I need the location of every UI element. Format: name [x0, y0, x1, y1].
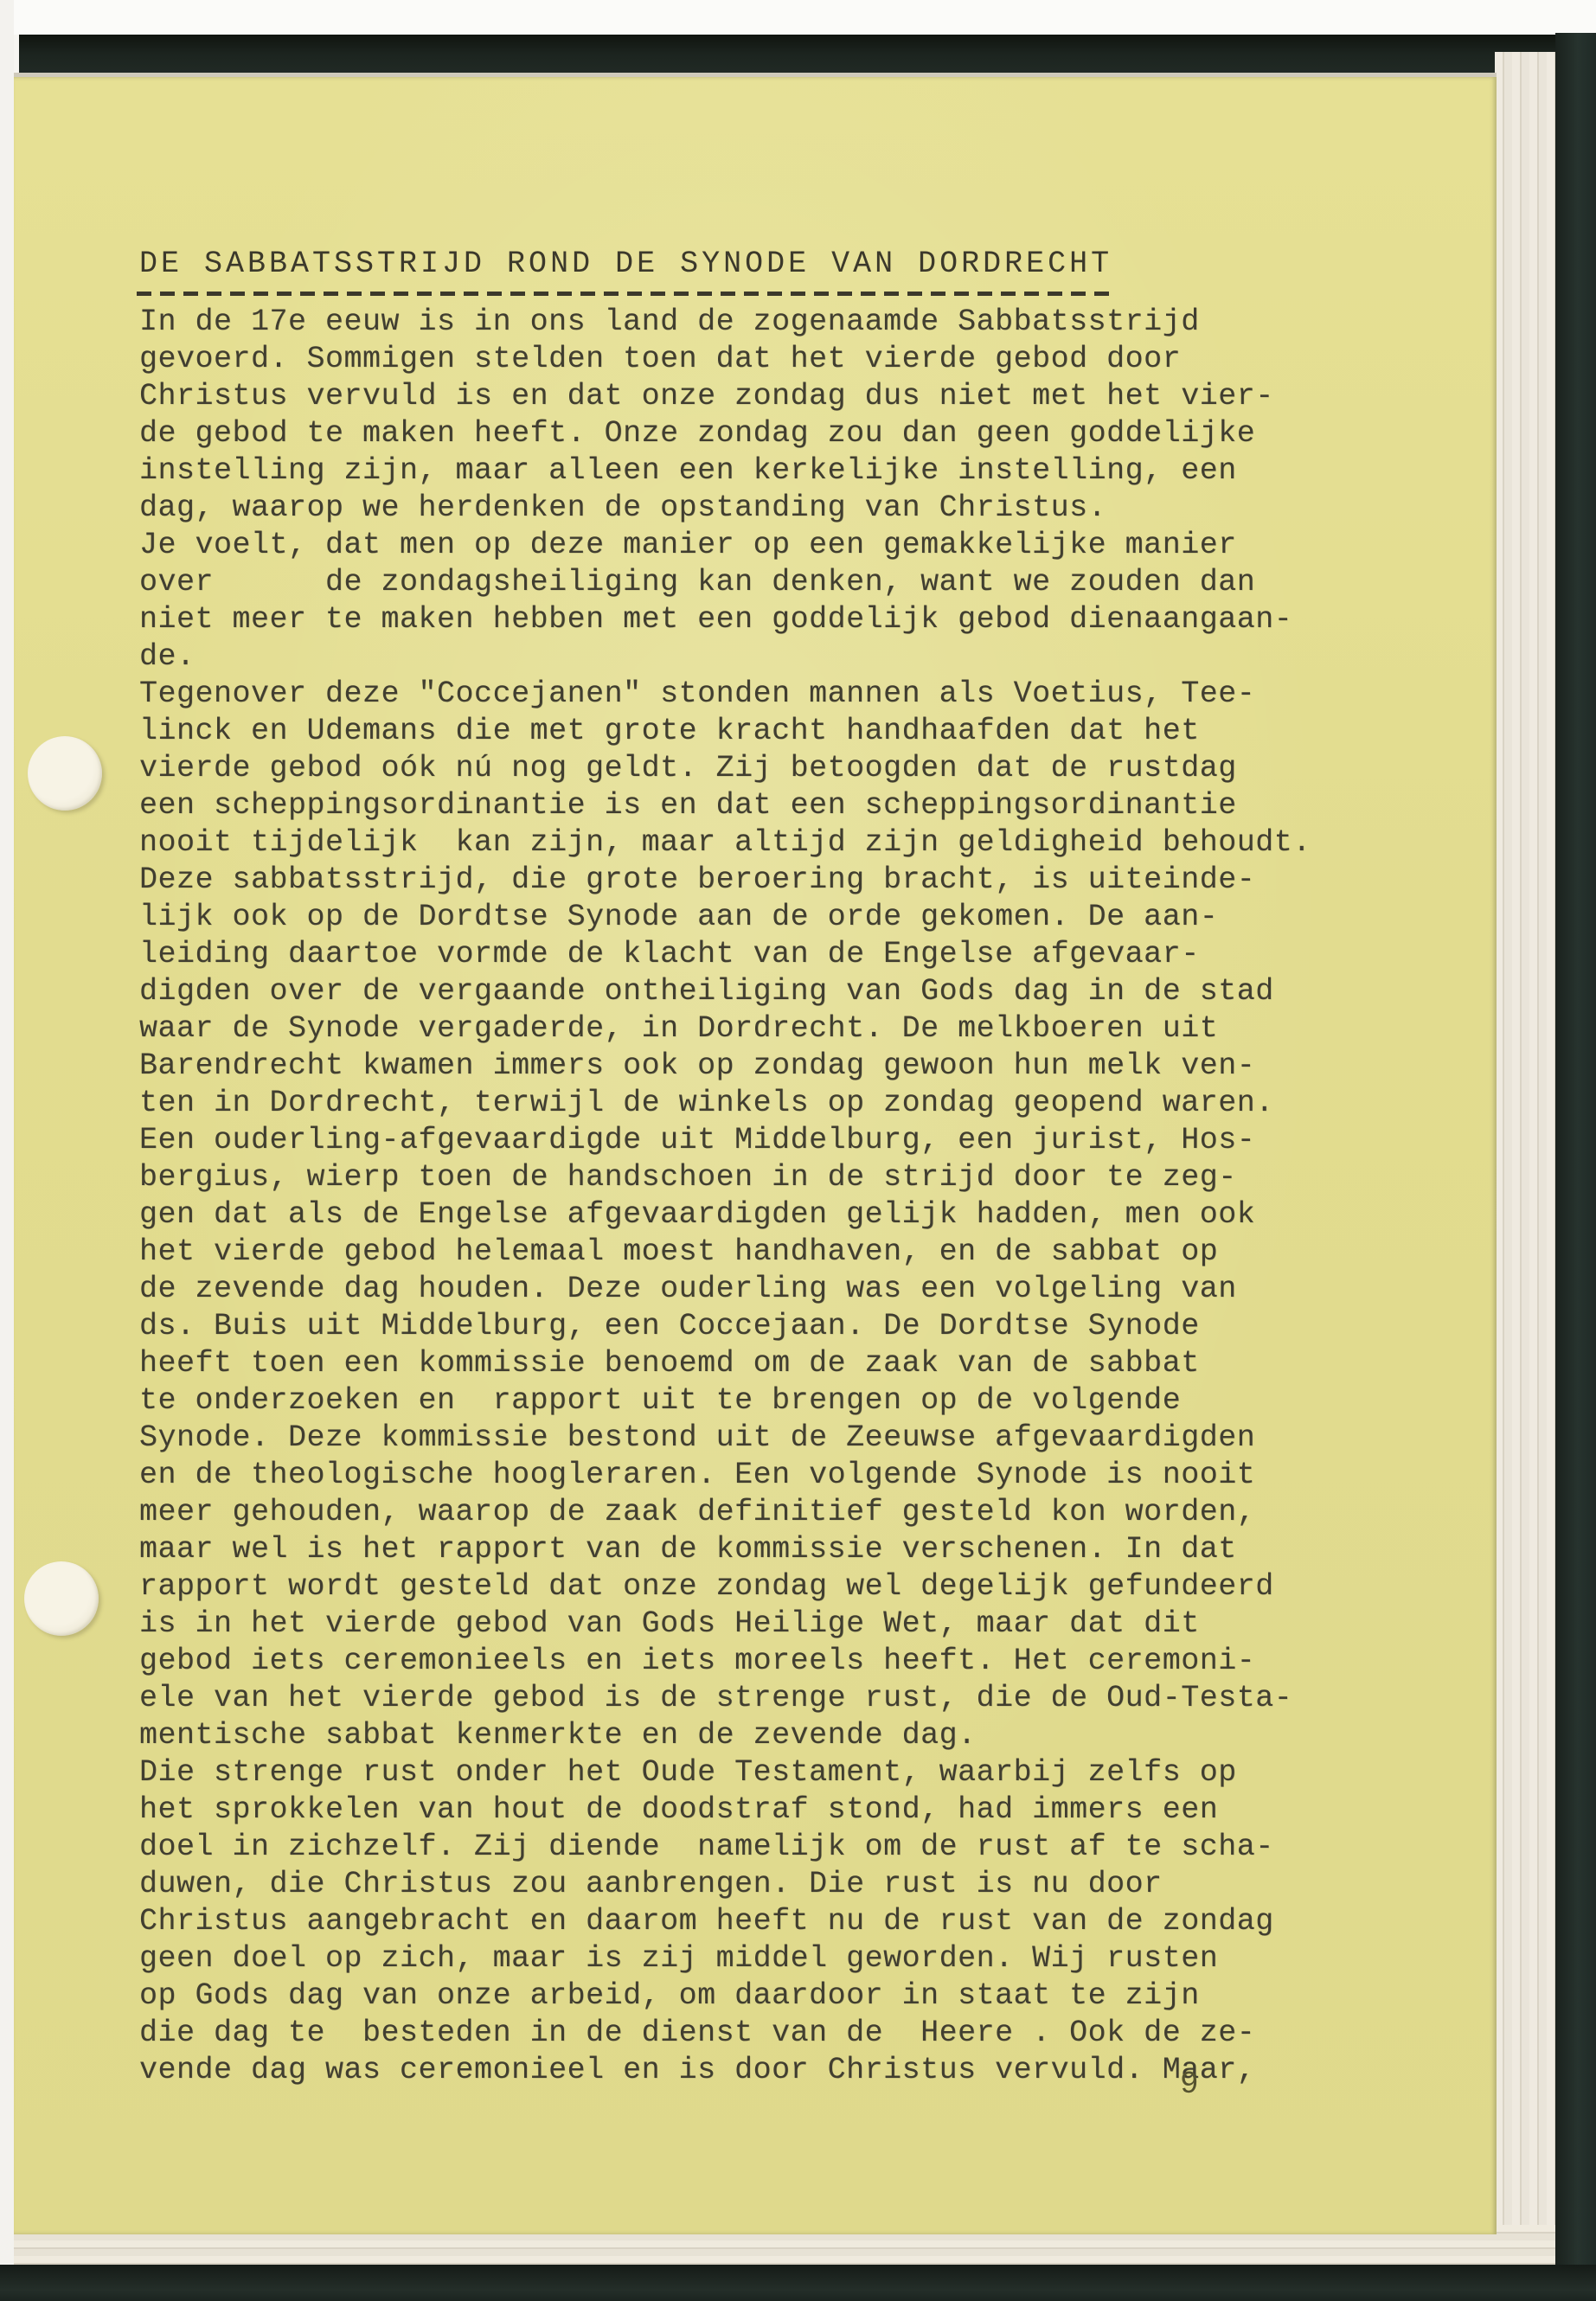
- punch-hole-top: [28, 736, 102, 811]
- binder-edge-right: [1555, 33, 1596, 2301]
- punch-hole-bottom: [24, 1561, 99, 1636]
- document-body-text: In de 17e eeuw is in ons land de zogenaa…: [139, 304, 1316, 2089]
- page-stack-edge-right: [1495, 52, 1555, 2258]
- document-page: DE SABBATSSTRIJD ROND DE SYNODE VAN DORD…: [14, 73, 1497, 2234]
- binder-edge-bottom: [0, 2265, 1596, 2301]
- binder-edge-top: [19, 35, 1596, 78]
- title-underline: [137, 292, 1114, 296]
- scanned-document: DE SABBATSSTRIJD ROND DE SYNODE VAN DORD…: [0, 0, 1596, 2301]
- page-number: 9: [1180, 2067, 1199, 2102]
- scan-white-margin-top: [0, 0, 1596, 35]
- scan-white-margin-left: [0, 0, 14, 2266]
- document-title: DE SABBATSSTRIJD ROND DE SYNODE VAN DORD…: [139, 247, 1112, 281]
